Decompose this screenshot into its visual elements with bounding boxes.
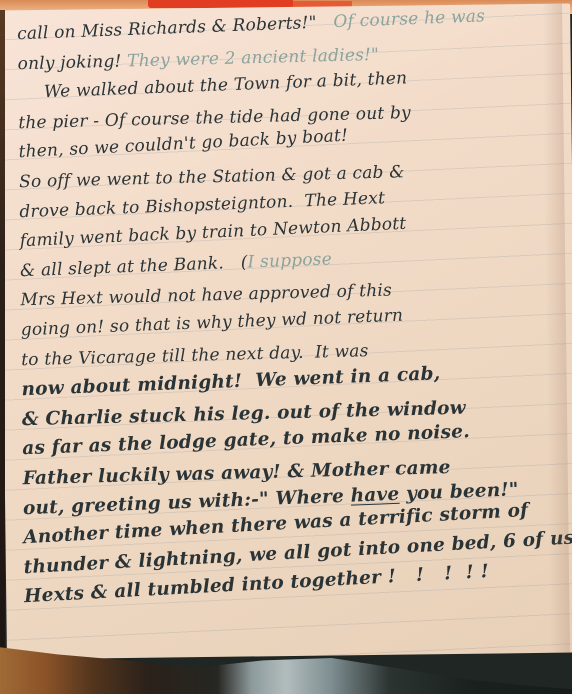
line-text: only joking!: [17, 51, 121, 74]
diary-page: call on Miss Richards & Roberts!" Of cou…: [0, 4, 572, 660]
handwriting-block: call on Miss Richards & Roberts!" Of cou…: [17, 18, 572, 617]
left-binding-edge: [0, 10, 5, 658]
line-text-faded: I suppose: [247, 249, 332, 272]
diary-photo: call on Miss Richards & Roberts!" Of cou…: [0, 0, 572, 694]
line-text-faded: They were 2 ancient ladies!": [121, 44, 379, 71]
line-text-underlined: have: [350, 483, 400, 506]
